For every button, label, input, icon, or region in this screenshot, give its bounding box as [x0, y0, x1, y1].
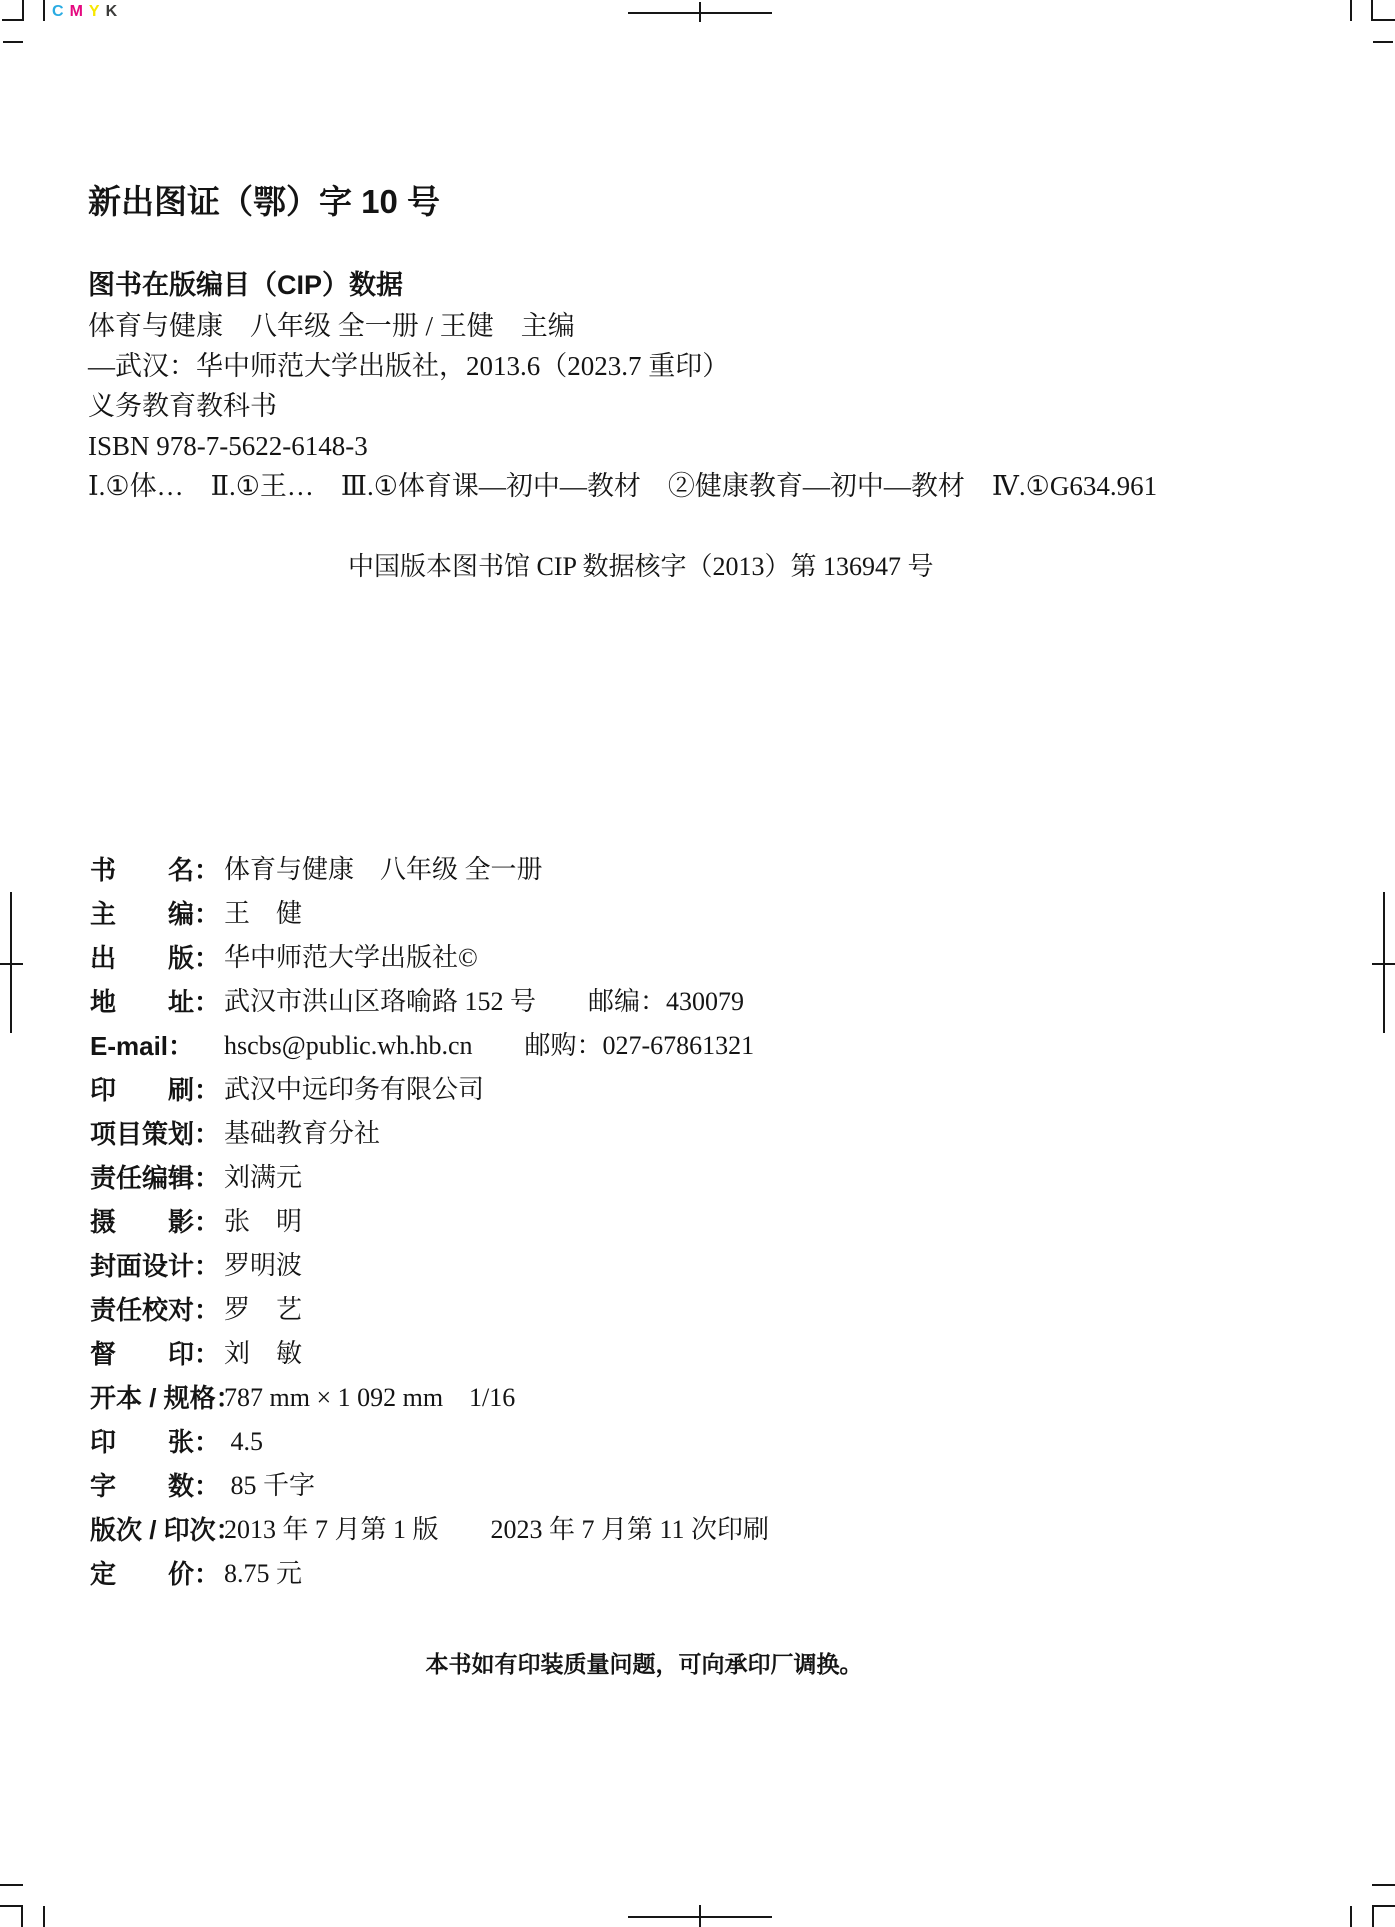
colophon-row: 责任编辑：刘满元	[90, 1156, 769, 1200]
colophon-row: 定 价：8.75 元	[90, 1552, 769, 1596]
crop-mark-top-left-corner-v	[22, 0, 24, 20]
colophon-value: 2013 年 7 月第 1 版 2023 年 7 月第 11 次印刷	[224, 1508, 769, 1552]
cmyk-letter: M	[70, 3, 83, 20]
colophon-label: 地 址：	[90, 980, 224, 1024]
colophon-label: 主 编：	[90, 892, 224, 936]
cip-lines: 体育与健康 八年级 全一册 / 王健 主编—武汉：华中师范大学出版社，2013.…	[88, 306, 1157, 506]
colophon-value: 华中师范大学出版社©	[224, 936, 478, 980]
colophon-row: 督 印：刘 敏	[90, 1332, 769, 1376]
colophon-row: 开本 / 规格：787 mm × 1 092 mm 1/16	[90, 1376, 769, 1420]
crop-mark-top-right-corner-v	[1371, 0, 1373, 20]
colophon-value: 罗明波	[224, 1244, 302, 1288]
colophon-row: 项目策划：基础教育分社	[90, 1112, 769, 1156]
cip-line: ISBN 978-7-5622-6148-3	[88, 426, 1157, 466]
colophon-value: 武汉中远印务有限公司	[224, 1068, 484, 1112]
cip-record-number-line: 中国版本图书馆 CIP 数据核字（2013）第 136947 号	[348, 550, 934, 584]
crop-mark-bottom-left-dash	[0, 1884, 23, 1886]
colophon-label: 责任校对：	[90, 1288, 224, 1332]
license-number-line: 新出图证（鄂）字 10 号	[88, 181, 440, 223]
colophon-row: 主 编：王 健	[90, 892, 769, 936]
colophon-value: 张 明	[224, 1200, 302, 1244]
colophon-value: hscbs@public.wh.hb.cn 邮购：027-67861321	[224, 1024, 754, 1068]
cmyk-letter: C	[52, 3, 64, 20]
colophon-value: 8.75 元	[224, 1552, 302, 1596]
colophon-row: 字 数： 85 千字	[90, 1464, 769, 1508]
colophon-row: 责任校对：罗 艺	[90, 1288, 769, 1332]
colophon-value: 刘满元	[224, 1156, 302, 1200]
crop-mark-top-left-bar	[43, 0, 45, 21]
colophon-label: 封面设计：	[90, 1244, 224, 1288]
crop-mark-bottom-right-dash	[1372, 1884, 1395, 1886]
colophon-label: 书 名：	[90, 848, 224, 892]
colophon-row: 书 名：体育与健康 八年级 全一册	[90, 848, 769, 892]
crop-mark-top-right-corner-h	[1371, 19, 1395, 21]
colophon-row: 印 刷：武汉中远印务有限公司	[90, 1068, 769, 1112]
cip-line: 义务教育教科书	[88, 386, 1157, 426]
colophon-label: 出 版：	[90, 936, 224, 980]
colophon-row: 出 版：华中师范大学出版社©	[90, 936, 769, 980]
crop-mark-bottom-right-bar	[1350, 1906, 1352, 1927]
colophon-value: 王 健	[224, 892, 302, 936]
cmyk-color-bar: CMYK	[52, 3, 123, 21]
crop-mark-bottom-right-corner-h	[1372, 1905, 1395, 1907]
colophon-row: E-mail：hscbs@public.wh.hb.cn 邮购：027-6786…	[90, 1024, 769, 1068]
colophon-row: 印 张： 4.5	[90, 1420, 769, 1464]
colophon-page: CMYK 新出图证（鄂）字 10 号 图书在版编目（CIP）数据 体育与健康 八…	[0, 0, 1395, 1927]
crop-mark-bottom-left-corner-v	[21, 1905, 23, 1927]
crop-mark-bottom-right-corner-v	[1372, 1905, 1374, 1927]
colophon-label: 定 价：	[90, 1552, 224, 1596]
colophon-label: 字 数：	[90, 1464, 224, 1508]
crop-mark-top-center-tick	[699, 2, 701, 22]
crop-mark-bottom-left-corner-h	[0, 1905, 23, 1907]
cip-line: Ⅰ.①体… Ⅱ.①王… Ⅲ.①体育课—初中—教材 ②健康教育—初中—教材 Ⅳ.①…	[88, 466, 1157, 506]
cip-header: 图书在版编目（CIP）数据	[88, 268, 403, 302]
colophon-row: 摄 影：张 明	[90, 1200, 769, 1244]
colophon-label: 摄 影：	[90, 1200, 224, 1244]
colophon-value: 85 千字	[224, 1464, 315, 1508]
colophon-label: 项目策划：	[90, 1112, 224, 1156]
colophon-value: 罗 艺	[224, 1288, 302, 1332]
colophon-label: 版次 / 印次：	[90, 1508, 224, 1552]
cmyk-letter: K	[106, 3, 118, 20]
colophon-label: 印 刷：	[90, 1068, 224, 1112]
crop-mark-right-middle-tick	[1372, 963, 1395, 965]
crop-mark-top-left-corner-h	[2, 19, 24, 21]
colophon-value: 武汉市洪山区珞喻路 152 号 邮编：430079	[224, 980, 744, 1024]
crop-mark-left-middle-tick	[0, 963, 23, 965]
colophon-row: 封面设计：罗明波	[90, 1244, 769, 1288]
colophon-value: 787 mm × 1 092 mm 1/16	[224, 1376, 515, 1420]
cip-line: 体育与健康 八年级 全一册 / 王健 主编	[88, 306, 1157, 346]
crop-mark-bottom-center-tick	[699, 1905, 701, 1927]
colophon-value: 体育与健康 八年级 全一册	[224, 848, 543, 892]
colophon-row: 版次 / 印次：2013 年 7 月第 1 版 2023 年 7 月第 11 次…	[90, 1508, 769, 1552]
crop-mark-top-right-dash	[1373, 41, 1393, 43]
crop-mark-top-left-dash	[3, 41, 23, 43]
quality-notice: 本书如有印装质量问题，可向承印厂调换。	[0, 1649, 1288, 1679]
colophon-label: 印 张：	[90, 1420, 224, 1464]
cip-line: —武汉：华中师范大学出版社，2013.6（2023.7 重印）	[88, 346, 1157, 386]
crop-mark-top-right-bar	[1350, 0, 1352, 21]
colophon: 书 名：体育与健康 八年级 全一册主 编：王 健出 版：华中师范大学出版社©地 …	[90, 848, 769, 1596]
colophon-value: 4.5	[224, 1420, 263, 1464]
cmyk-letter: Y	[89, 3, 100, 20]
colophon-label: E-mail：	[90, 1024, 224, 1068]
crop-mark-bottom-left-bar	[43, 1906, 45, 1927]
colophon-row: 地 址：武汉市洪山区珞喻路 152 号 邮编：430079	[90, 980, 769, 1024]
colophon-label: 督 印：	[90, 1332, 224, 1376]
colophon-label: 开本 / 规格：	[90, 1376, 224, 1420]
colophon-value: 刘 敏	[224, 1332, 302, 1376]
colophon-value: 基础教育分社	[224, 1112, 380, 1156]
colophon-label: 责任编辑：	[90, 1156, 224, 1200]
